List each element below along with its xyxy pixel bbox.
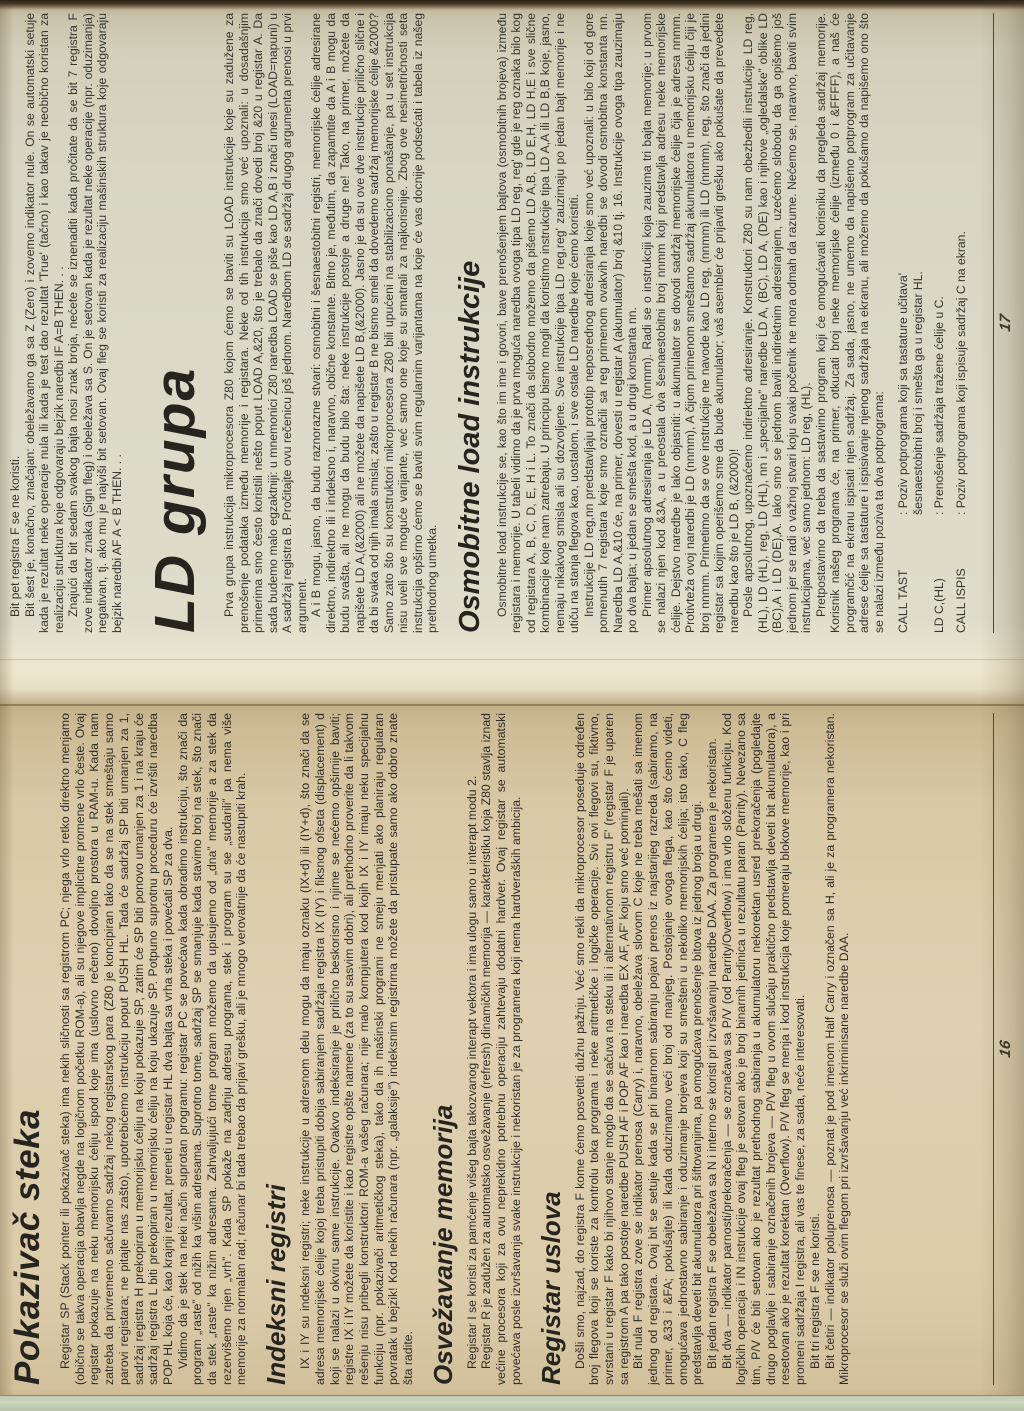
code-line-ld-c-hl-comment: : Prenošenje sadržaja tražene ćelije u C… bbox=[932, 13, 947, 515]
paragraph: Osmobitne load instrukcije se, kao što i… bbox=[495, 13, 582, 633]
paragraph: Registar SP (Stack pointer ili pokazivač… bbox=[58, 713, 176, 1385]
scanner-edge-strip bbox=[0, 1395, 1024, 1411]
paragraph: Bit četiri — indikator poluprenosa — poz… bbox=[823, 713, 852, 1385]
paragraph: Posle apsolutnog, upoznaćemo indirektno … bbox=[741, 13, 814, 633]
section-title-indeksni-registri: Indeksni registri bbox=[261, 713, 292, 1385]
code-line-call-ispis: CALL ISPIS bbox=[954, 515, 969, 633]
code-line-call-tast-comment: : Poziv potprograma koji sa tastature uč… bbox=[896, 13, 925, 515]
paragraph: Bit nula F registra zove se indikator pr… bbox=[631, 713, 705, 1385]
paragraph: A i B mogu, jasno, da budu raznorazne st… bbox=[309, 13, 440, 633]
left-page-body: Pokazivač steka Registar SP (Stack point… bbox=[8, 713, 982, 1385]
section-title-osvezavanje-memorija: Osvežavanje memorija bbox=[428, 713, 459, 1385]
paragraph: Bit tri registra F se ne koristi. bbox=[808, 713, 823, 1385]
paragraph: Instrukcije LD reg,nn predstavljaju prot… bbox=[582, 13, 640, 633]
scanned-magazine-spread: Pokazivač steka Registar SP (Stack point… bbox=[0, 0, 1024, 1411]
section-title-registar-uslova: Registar uslova bbox=[536, 713, 567, 1385]
article-title: Pokazivač steka bbox=[8, 713, 48, 1385]
paragraph: Bit pet registra F se ne koristi. bbox=[8, 13, 23, 633]
paragraph: Znajući da bit sedam svakog bajta nosi z… bbox=[66, 13, 124, 633]
paragraph: Bit jedan registra F se obeležava sa N i… bbox=[705, 713, 720, 1385]
paragraph: Prva grupa instrukcija mikroprocesora Z8… bbox=[222, 13, 309, 633]
section-title-ld-grupa: LD grupa bbox=[142, 13, 208, 633]
code-line-call-tast: CALL TAST bbox=[896, 515, 925, 633]
page-number-16: 16 bbox=[997, 712, 1014, 1387]
paragraph: Registar R je zadužen za automatsko osve… bbox=[479, 713, 523, 1385]
spine-fold-crease bbox=[0, 704, 1024, 706]
page-spread-sheet: Pokazivač steka Registar SP (Stack point… bbox=[0, 0, 1024, 1411]
spine-fold-highlight bbox=[0, 659, 1024, 660]
paragraph: Registar I se koristi za pamćenje višeg … bbox=[465, 713, 480, 1385]
left-page-footer: 16 bbox=[993, 713, 1014, 1385]
page-number-17: 17 bbox=[997, 12, 1014, 635]
paragraph: Bit šest je, konačno, značajan: obeležav… bbox=[23, 13, 67, 633]
right-page-footer: 17 bbox=[993, 13, 1014, 633]
right-page: Bit pet registra F se ne koristi. Bit še… bbox=[8, 13, 1014, 633]
paragraph: Pretpostavimo da treba da sastavimo prog… bbox=[814, 13, 887, 633]
paragraph: Vidimo da je stek na neki način suprotan… bbox=[176, 713, 250, 1385]
assembly-code-listing: CALL TAST : Poziv potprograma koji sa ta… bbox=[896, 13, 968, 633]
footer-rule bbox=[993, 13, 994, 633]
code-line-call-ispis-comment: : Poziv potprograma koji ispisuje sadrža… bbox=[954, 13, 969, 515]
paragraph: Bit dva — indikator parnosti/prekoračenj… bbox=[720, 713, 808, 1385]
left-page: Pokazivač steka Registar SP (Stack point… bbox=[8, 713, 1014, 1385]
code-line-ld-c-hl: LD C,(HL) bbox=[932, 515, 947, 633]
paragraph: Došli smo, najzad, do registra F kome će… bbox=[573, 713, 632, 1385]
page-edge-shadow bbox=[0, 0, 1024, 10]
paragraph: IX i IY su indeksni registri; neke instr… bbox=[298, 713, 416, 1385]
paragraph: Primer apsolutnog adresiranja je LD A, (… bbox=[640, 13, 742, 633]
footer-rule bbox=[993, 713, 994, 1385]
section-title-osmobitne-load-instrukcije: Osmobitne load instrukcije bbox=[454, 13, 487, 633]
right-page-body: Bit pet registra F se ne koristi. Bit še… bbox=[8, 13, 982, 633]
